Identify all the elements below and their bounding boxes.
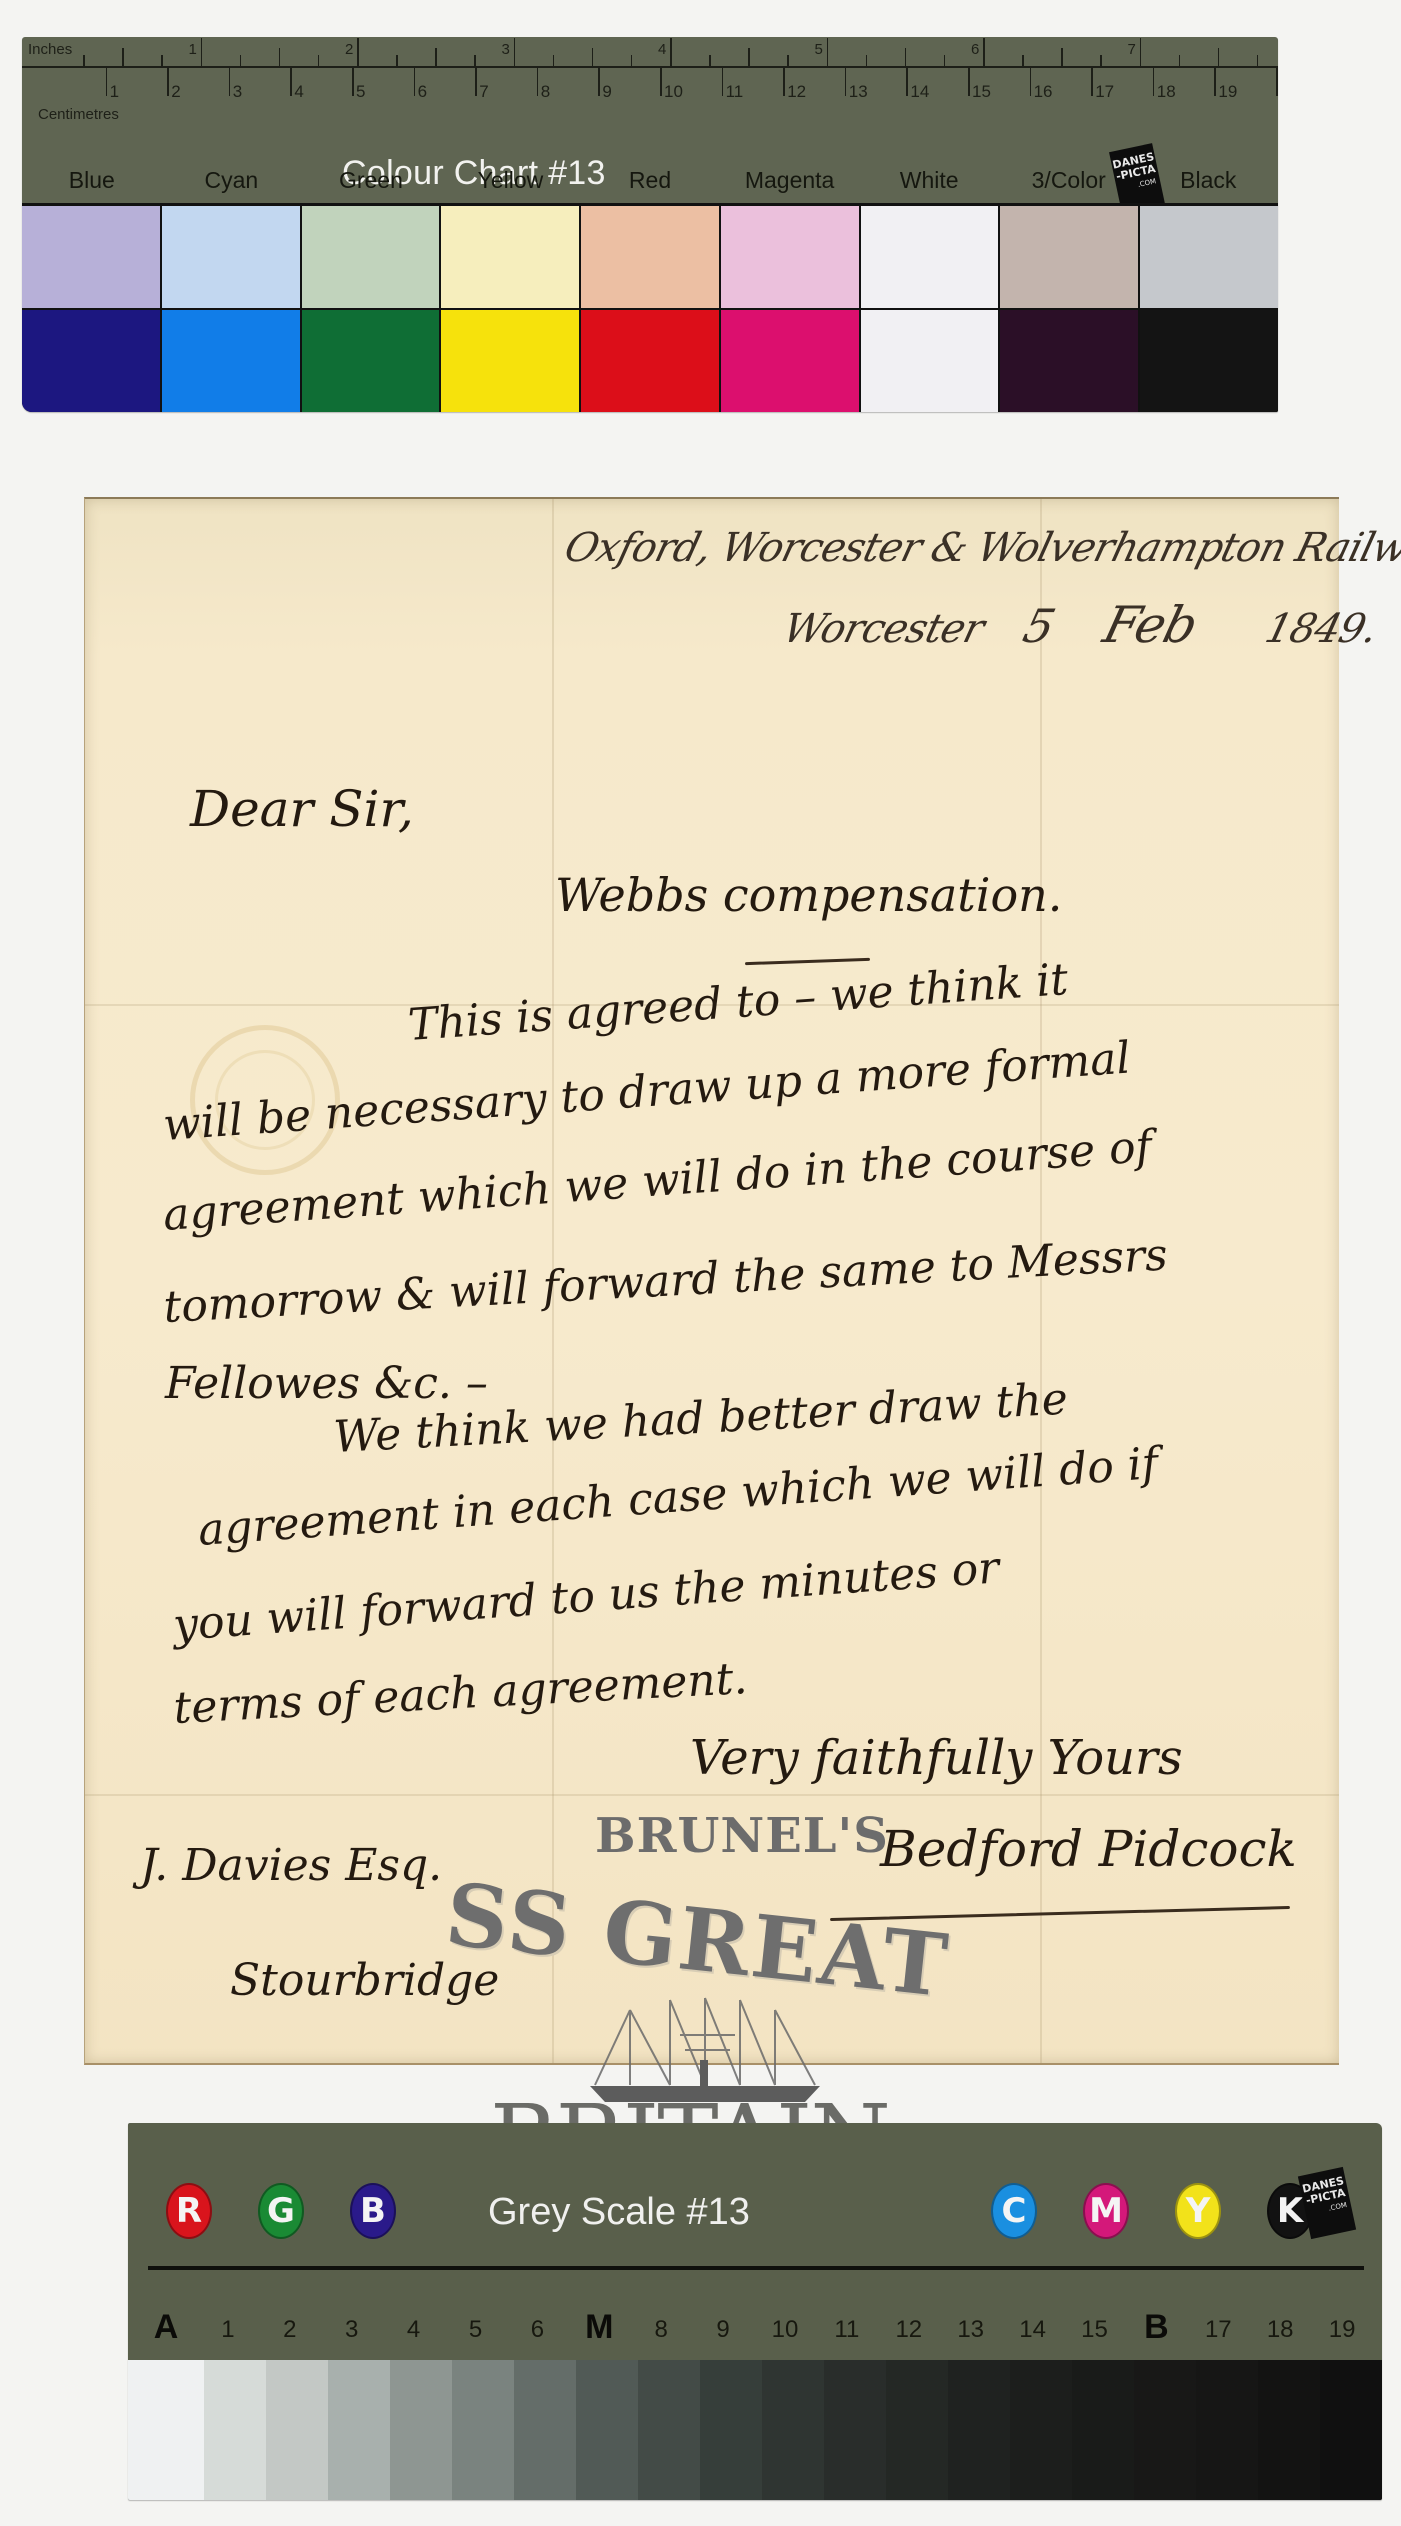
ruler-number: 8	[541, 82, 550, 102]
addressee-name: J. Davies Esq.	[140, 1840, 442, 1891]
ruler-number: 11	[726, 82, 744, 102]
ruler-tick	[352, 68, 354, 96]
swatch-3-color-dark	[1000, 310, 1138, 412]
swatch-3-color-light	[1000, 206, 1138, 308]
ruler-tick	[1030, 68, 1032, 96]
grey-scale-divider	[148, 2266, 1364, 2270]
closing: Very faithfully Yours	[690, 1730, 1183, 1786]
ruler-tick	[414, 68, 416, 96]
swatch-magenta-light	[721, 206, 859, 308]
grey-step-label: 10	[772, 2316, 799, 2344]
ruler-number: 7	[1128, 41, 1136, 58]
grey-step-swatch	[266, 2360, 328, 2500]
swatch-blue-light	[22, 206, 160, 308]
grey-step-label: 1	[221, 2316, 234, 2344]
letterhead: Oxford, Worcester & Wolverhampton Railwa…	[560, 525, 1401, 571]
grey-step-swatch	[514, 2360, 576, 2500]
ruler-number: 7	[479, 82, 488, 102]
grey-step-swatch	[204, 2360, 266, 2500]
ruler-tick	[290, 68, 292, 96]
swatch-red-light	[581, 206, 719, 308]
ruler-tick	[1140, 38, 1142, 66]
ruler-tick	[783, 68, 785, 96]
ruler-tick	[1153, 68, 1155, 96]
ruler-number: 2	[345, 41, 353, 58]
ruler-tick	[968, 68, 970, 96]
ruler-tick	[553, 55, 555, 66]
grey-step-label: 8	[655, 2316, 668, 2344]
swatch-label: Blue	[22, 167, 162, 197]
ruler-number: 10	[664, 82, 683, 102]
ruler-tick	[983, 38, 985, 66]
ruler-number: 9	[602, 82, 611, 102]
ruler-number: 6	[418, 82, 427, 102]
ruler-tick	[396, 55, 398, 66]
grey-step-label: 12	[895, 2316, 922, 2344]
ruler-number: 18	[1157, 82, 1176, 102]
grey-step-label: 9	[716, 2316, 729, 2344]
grey-step-swatch	[328, 2360, 390, 2500]
grey-step-label: 5	[469, 2316, 482, 2344]
ruler-tick	[660, 68, 662, 96]
ruler-tick	[435, 48, 437, 66]
ruler-tick	[1022, 55, 1024, 66]
grey-scale-title: Grey Scale #13	[488, 2191, 750, 2234]
grey-scale-card: RGB Grey Scale #13 CMYK DANES -PICTA .CO…	[128, 2123, 1382, 2500]
grey-step-swatch	[390, 2360, 452, 2500]
grey-step-label: M	[585, 2308, 613, 2347]
ruler-number: 5	[815, 41, 823, 58]
ruler-number: 3	[502, 41, 510, 58]
grey-step-labels: A123456M89101112131415B171819	[128, 2306, 1382, 2352]
grey-step-label: 18	[1267, 2316, 1294, 2344]
place: Worcester	[778, 606, 988, 652]
ruler-tick	[1214, 68, 1216, 96]
swatch-labels: BlueCyanGreenYellowRedMagentaWhite3/Colo…	[22, 167, 1278, 197]
grey-step-swatch	[128, 2360, 204, 2500]
swatch-black-dark	[1140, 310, 1278, 412]
ruler-tick	[201, 38, 203, 66]
ruler-tick	[1257, 55, 1259, 66]
place-date: Worcester 5 Feb 1849.	[778, 596, 1384, 654]
ruler-tick	[845, 68, 847, 96]
grey-step-swatch	[1072, 2360, 1134, 2500]
ruler-tick	[598, 68, 600, 96]
grey-step-swatch	[948, 2360, 1010, 2500]
ruler-tick	[167, 68, 169, 96]
ruler-tick	[279, 48, 281, 66]
ruler-number: 4	[294, 82, 303, 102]
ruler-tick	[866, 55, 868, 66]
ruler-number: 12	[787, 82, 806, 102]
grey-step-swatch	[576, 2360, 638, 2500]
ruler-tick	[631, 55, 633, 66]
ruler-tick	[83, 55, 85, 66]
signature: Bedford Pidcock	[880, 1820, 1297, 1878]
grey-step-label: 17	[1205, 2316, 1232, 2344]
fold-line	[85, 1794, 1339, 1796]
subject-line: Webbs compensation.	[555, 868, 1062, 922]
ruler-number: 19	[1218, 82, 1237, 102]
badge-b-icon: B	[350, 2183, 396, 2239]
colour-chart-card: Inches 12345678 123456789101112131415161…	[22, 37, 1278, 412]
centimetre-ruler: 12345678910111213141516171819	[22, 68, 1278, 103]
swatch-red-dark	[581, 310, 719, 412]
ruler-tick	[474, 55, 476, 66]
swatch-green-light	[302, 206, 440, 308]
swatch-black-light	[1140, 206, 1278, 308]
badge-m-icon: M	[1083, 2183, 1129, 2239]
ruler-number: 1	[110, 82, 119, 102]
ruler-tick	[537, 68, 539, 96]
ruler-tick	[1179, 55, 1181, 66]
colour-swatch-grid	[22, 203, 1278, 412]
ruler-tick	[357, 38, 359, 66]
ruler-tick	[670, 38, 672, 66]
swatch-yellow-light	[441, 206, 579, 308]
grey-step-swatch	[1196, 2360, 1258, 2500]
grey-step-strip	[128, 2360, 1382, 2500]
ruler-number: 2	[171, 82, 180, 102]
grey-step-label: B	[1144, 2308, 1169, 2347]
ruler-tick	[161, 55, 163, 66]
grey-step-swatch	[824, 2360, 886, 2500]
swatch-magenta-dark	[721, 310, 859, 412]
ruler-number: 5	[356, 82, 365, 102]
ruler-number: 14	[910, 82, 929, 102]
ruler-tick	[906, 68, 908, 96]
grey-step-label: 6	[531, 2316, 544, 2344]
badge-r-icon: R	[166, 2183, 212, 2239]
swatch-label: Green	[301, 167, 441, 197]
ruler-tick	[514, 38, 516, 66]
salutation: Dear Sir,	[190, 780, 414, 838]
ruler-tick	[1218, 48, 1220, 66]
ruler-tick	[122, 48, 124, 66]
badge-g-icon: G	[258, 2183, 304, 2239]
swatch-cyan-dark	[162, 310, 300, 412]
grey-step-swatch	[638, 2360, 700, 2500]
swatch-label: 3/Color	[999, 167, 1139, 197]
grey-step-label: 19	[1329, 2316, 1356, 2344]
ruler-tick	[592, 48, 594, 66]
ruler-tick	[944, 55, 946, 66]
ruler-number: 6	[971, 41, 979, 58]
badge-c-icon: C	[991, 2183, 1037, 2239]
ruler-tick	[1276, 68, 1278, 96]
grey-step-swatch	[1134, 2360, 1196, 2500]
date-month: Feb	[1098, 596, 1203, 654]
grey-step-swatch	[1258, 2360, 1320, 2500]
badge-y-icon: Y	[1175, 2183, 1221, 2239]
ruler-number: 4	[658, 41, 666, 58]
ruler-number: 3	[233, 82, 242, 102]
swatch-label: Cyan	[162, 167, 302, 197]
ruler-number: 17	[1095, 82, 1114, 102]
swatch-white-light	[861, 206, 999, 308]
ruler-tick	[787, 55, 789, 66]
inches-label: Inches	[28, 41, 72, 58]
ruler-number: 13	[849, 82, 868, 102]
ruler-tick	[106, 68, 108, 96]
ruler-tick	[1100, 55, 1102, 66]
swatch-label: White	[859, 167, 999, 197]
ruler-tick	[229, 68, 231, 96]
watermark-brunels: BRUNEL'S	[595, 1808, 889, 1864]
ruler-number: 1	[189, 41, 197, 58]
swatch-label: Black	[1139, 167, 1279, 197]
date-day: 5	[1018, 599, 1060, 653]
inch-ruler: Inches 12345678	[22, 37, 1278, 68]
ruler-tick	[722, 68, 724, 96]
centimetres-label: Centimetres	[38, 106, 119, 123]
grey-step-swatch	[1320, 2360, 1382, 2500]
grey-step-label: A	[154, 2308, 179, 2347]
ruler-tick	[475, 68, 477, 96]
ruler-number: 15	[972, 82, 991, 102]
ruler-tick	[827, 38, 829, 66]
grey-step-swatch	[1010, 2360, 1072, 2500]
swatch-label: Red	[580, 167, 720, 197]
date-year: 1849.	[1261, 606, 1382, 652]
swatch-cyan-light	[162, 206, 300, 308]
ruler-tick	[1061, 48, 1063, 66]
swatch-yellow-dark	[441, 310, 579, 412]
swatch-blue-dark	[22, 310, 160, 412]
swatch-green-dark	[302, 310, 440, 412]
grey-step-label: 14	[1019, 2316, 1046, 2344]
grey-step-swatch	[700, 2360, 762, 2500]
grey-step-label: 13	[957, 2316, 984, 2344]
swatch-white-dark	[861, 310, 999, 412]
ruler-tick	[748, 48, 750, 66]
grey-step-label: 11	[834, 2316, 859, 2344]
grey-step-swatch	[452, 2360, 514, 2500]
grey-step-swatch	[762, 2360, 824, 2500]
ruler-number: 16	[1034, 82, 1053, 102]
letter-line: Fellowes &c. –	[165, 1358, 488, 1409]
ruler-tick	[1091, 68, 1093, 96]
grey-step-label: 4	[407, 2316, 420, 2344]
grey-step-label: 15	[1081, 2316, 1108, 2344]
grey-step-label: 2	[283, 2316, 296, 2344]
ruler-tick	[905, 48, 907, 66]
grey-step-swatch	[886, 2360, 948, 2500]
ruler-tick	[240, 55, 242, 66]
ruler-tick	[318, 55, 320, 66]
grey-step-label: 3	[345, 2316, 358, 2344]
ruler-tick	[709, 55, 711, 66]
swatch-label: Magenta	[720, 167, 860, 197]
swatch-label: Yellow	[441, 167, 581, 197]
